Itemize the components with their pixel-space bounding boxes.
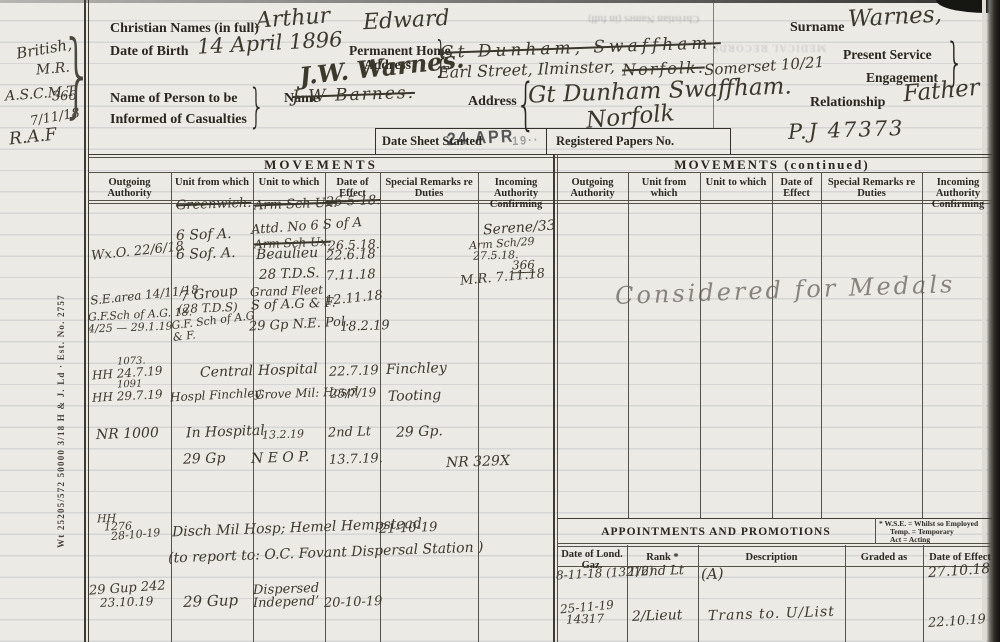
appointment-entry: T/2nd Lt — [628, 563, 685, 580]
column-rule — [700, 172, 701, 518]
movement-entry: 20-10-19 — [324, 594, 383, 611]
appointments-note-divider — [875, 518, 876, 543]
appointment-entry: 22.10.19 — [928, 612, 987, 631]
movement-entry: Greenwich. — [176, 196, 252, 214]
movement-entry: 22.7.19 — [329, 363, 379, 380]
margin-note: R.A.F — [8, 125, 58, 150]
movement-entry: 28-10-19 — [111, 526, 161, 543]
appointments-title: APPOINTMENTS AND PROMOTIONS — [557, 526, 875, 538]
surname-label: Surname — [790, 20, 844, 36]
registered-papers-label: Registered Papers No. — [556, 134, 674, 149]
next-of-kin-name-old: J W Barnes. — [292, 83, 416, 107]
column-rule — [821, 172, 822, 518]
movement-entry: Arm Sch Ux. — [254, 196, 338, 214]
movement-entry: 6 Sof. A. — [176, 245, 236, 263]
column-header: Outgoing Authority — [557, 177, 628, 199]
movement-entry: HH 29.7.19 — [92, 387, 163, 405]
movement-entry: Independ’ — [253, 594, 320, 611]
movement-entry: S of A.G & F. — [251, 296, 336, 314]
column-header: Unit to which — [253, 177, 325, 188]
relationship-label: Relationship — [810, 95, 885, 111]
movement-entry: 29 Gp N.E. Pol. — [249, 314, 350, 334]
movement-entry: In Hospital — [186, 423, 265, 442]
surname-value: Warnes, — [847, 2, 942, 33]
movement-entry: Tooting — [388, 387, 442, 405]
address-label: Address — [468, 94, 517, 110]
movement-entry: Hospl Finchley — [170, 386, 262, 405]
movement-entry: 12.11.18 — [324, 288, 383, 309]
movement-entry: 6 Sof A. — [176, 226, 232, 244]
movement-entry: 2nd Lt — [328, 424, 371, 440]
movement-entry: 13.7.19. — [329, 451, 383, 468]
movement-entry: 21-10-19 — [379, 520, 438, 537]
printer-imprint: Wt 25205/572 50000 3/18 H & J. Ld · Est.… — [56, 248, 66, 548]
present-service-label: Present Service — [843, 47, 932, 63]
movements-title: MOVEMENTS — [88, 157, 554, 173]
movement-entry: Finchley — [386, 360, 447, 378]
appointment-entry: Trans to. U/List — [708, 604, 835, 624]
table-top-rule — [88, 154, 992, 155]
ghost-bleed-text: MEDICAL RECORDS — [712, 42, 826, 53]
relationship-value: Father — [902, 75, 981, 108]
column-rule — [772, 172, 773, 518]
movement-entry: 28 T.D.S. — [259, 265, 320, 283]
appointment-entry: 14317 — [566, 611, 605, 626]
service-record-sheet: Christian Names (in full) MEDICAL RECORD… — [0, 0, 1000, 642]
movements-continued-title: MOVEMENTS (continued) — [557, 157, 987, 173]
person-informed-brace: } — [249, 86, 265, 127]
column-header: Outgoing Authority — [88, 177, 171, 199]
column-header: Unit from which — [171, 177, 253, 188]
movement-entry: 22.6.18 — [326, 247, 376, 264]
movement-entry: 26-5-18. — [326, 193, 381, 210]
column-header: Rank * — [627, 552, 698, 563]
ghost-bleed-text: Christian Names (in full) — [588, 13, 700, 24]
column-header: Date of Effect — [772, 177, 821, 199]
movement-entry: Beaulieu — [256, 245, 319, 263]
column-header: Graded as — [845, 552, 923, 563]
margin-brace: } — [61, 34, 93, 117]
date-sheet-stamp: 24 APR — [447, 127, 515, 151]
date-of-birth-label: Date of Birth — [110, 44, 189, 60]
date-sheet-stamp-year: 19·· — [512, 134, 540, 149]
column-rule — [380, 172, 381, 642]
person-informed-label-2: Informed of Casualties — [110, 112, 247, 128]
movement-entry: NR 1000 — [96, 425, 159, 443]
column-header: Special Remarks re Duties — [380, 177, 478, 199]
movement-entry: 23.10.19 — [100, 594, 154, 610]
column-header: Description — [698, 552, 845, 563]
christian-name-second: Edward — [362, 6, 450, 36]
column-header: Unit to which — [700, 177, 772, 188]
appointment-entry: 2/Lieut — [632, 607, 683, 625]
appointment-entry: (A) — [701, 565, 724, 584]
person-informed-label-1: Name of Person to be — [110, 91, 238, 107]
movement-entry: 29 Gp — [183, 450, 226, 467]
appointments-key-note: Act = Acting — [890, 536, 930, 544]
registered-papers-ref: P.J 47373 — [788, 116, 905, 144]
column-rule — [922, 172, 923, 518]
movement-entry: NR 329X — [446, 453, 510, 471]
column-header: Unit from which — [628, 177, 700, 199]
movement-entry: N E O P. — [251, 449, 310, 467]
movement-entry: 13.2.19 — [262, 427, 304, 441]
movement-entry: 29 Gp. — [396, 423, 443, 441]
movement-entry: Central — [200, 363, 254, 381]
scan-top-edge — [0, 0, 1000, 3]
appointments-title-rule — [557, 546, 992, 547]
movement-entry: 7.11.18 — [326, 267, 376, 284]
movement-entry: Attd. No 6 S of A — [251, 215, 363, 238]
considered-for-medals-note: Considered for Medals — [615, 270, 956, 310]
movement-entry: M.R. 7.11.18 — [460, 266, 546, 288]
stray-fold-line — [713, 0, 714, 128]
column-header: Incoming Authority Confirming — [922, 177, 994, 210]
movement-entry: Hospital — [258, 361, 318, 379]
column-header: Special Remarks re Duties — [821, 177, 922, 199]
column-rule — [628, 172, 629, 518]
movement-entry: 18.2.19 — [340, 318, 390, 335]
movement-entry: 29 Gup — [183, 591, 239, 611]
movement-entry: 25/7/19 — [330, 385, 377, 401]
column-header: Incoming Authority Confirming — [478, 177, 554, 210]
movement-entry: 4/25 — 29.1.19 — [88, 320, 173, 336]
